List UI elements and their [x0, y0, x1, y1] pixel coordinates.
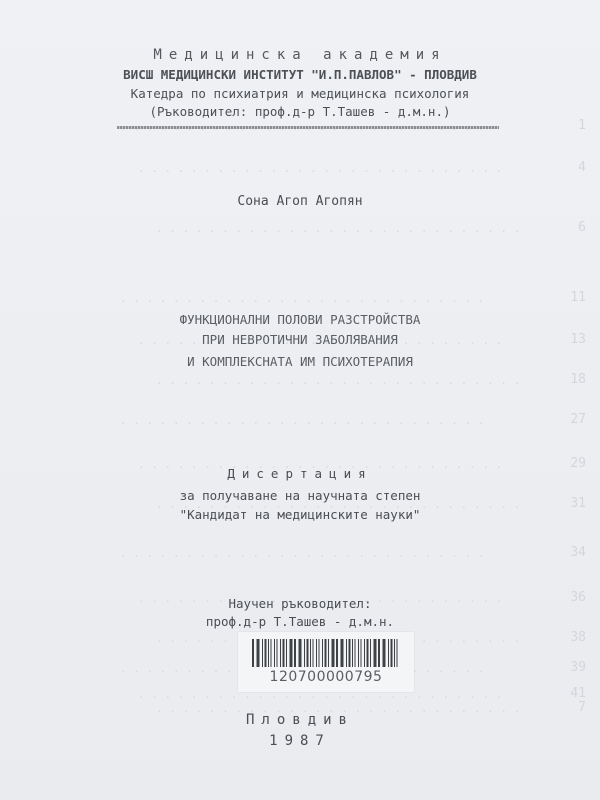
show-through-leader: . . . . . . . . . . . . . . . . . . . . … — [120, 547, 484, 560]
show-through-leader: . . . . . . . . . . . . . . . . . . . . … — [120, 292, 484, 305]
degree-name: "Кандидат на медицинските науки" — [0, 507, 600, 522]
scanned-title-page: . . . . . . . . . . . . . . . . . . . . … — [0, 0, 600, 800]
author-name: Сона Агоп Агопян — [0, 194, 600, 209]
city: Пловдив — [0, 712, 600, 728]
show-through-leader: . . . . . . . . . . . . . . . . . . . . … — [138, 162, 502, 175]
thesis-title-line: И КОМПЛЕКСНАТА ИМ ПСИХОТЕРАПИЯ — [0, 354, 600, 369]
show-through-page-number: 41 — [570, 686, 586, 701]
show-through-page-number: 39 — [570, 660, 586, 675]
show-through-page-number: 38 — [570, 630, 586, 645]
department-name: Катедра по психиатрия и медицинска психо… — [0, 86, 600, 101]
header-divider — [117, 126, 499, 129]
show-through-page-number: 18 — [570, 372, 586, 387]
barcode-icon — [252, 639, 400, 667]
academy-name: Медицинска академия — [0, 47, 600, 63]
show-through-page-number: 6 — [578, 220, 586, 235]
work-type: Дисертация — [0, 466, 600, 481]
show-through-page-number: 1 — [578, 118, 586, 133]
department-head: (Ръководител: проф.д-р Т.Ташев - д.м.н.) — [0, 104, 600, 119]
year: 1987 — [0, 733, 600, 749]
show-through-page-number: 11 — [570, 290, 586, 305]
supervisor-name: проф.д-р Т.Ташев - д.м.н. — [0, 614, 600, 629]
show-through-leader: . . . . . . . . . . . . . . . . . . . . … — [156, 222, 520, 235]
institute-name: ВИСШ МЕДИЦИНСКИ ИНСТИТУТ "И.П.ПАВЛОВ" - … — [0, 67, 600, 82]
library-barcode-sticker: 120700000795 — [238, 632, 414, 692]
thesis-title-line: ФУНКЦИОНАЛНИ ПОЛОВИ РАЗСТРОЙСТВА — [0, 312, 600, 327]
show-through-page-number: 4 — [578, 160, 586, 175]
show-through-page-number: 27 — [570, 412, 586, 427]
show-through-page-number: 34 — [570, 545, 586, 560]
barcode-number: 120700000795 — [238, 669, 414, 685]
thesis-title-line: ПРИ НЕВРОТИЧНИ ЗАБОЛЯВАНИЯ — [0, 332, 600, 347]
show-through-leader: . . . . . . . . . . . . . . . . . . . . … — [156, 374, 520, 387]
show-through-leader: . . . . . . . . . . . . . . . . . . . . … — [120, 414, 484, 427]
degree-purpose: за получаване на научната степен — [0, 488, 600, 503]
supervisor-label: Научен ръководител: — [0, 596, 600, 611]
